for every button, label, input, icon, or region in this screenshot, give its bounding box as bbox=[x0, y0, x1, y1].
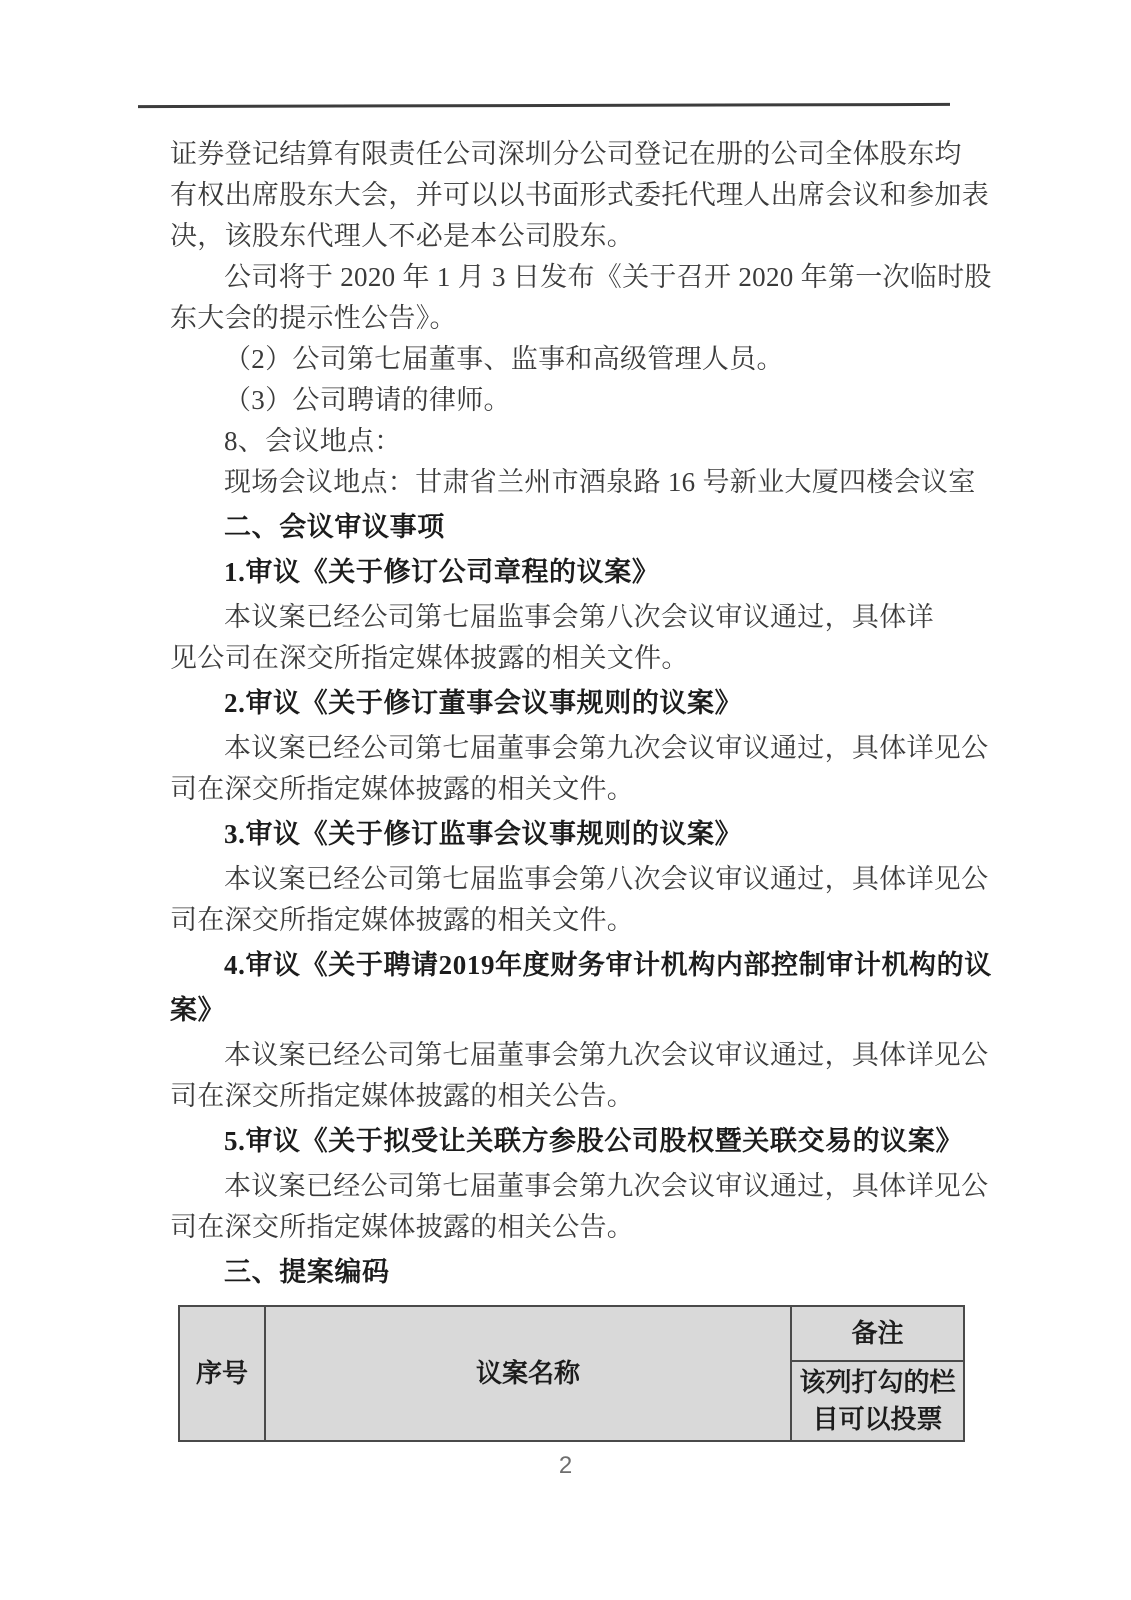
text-line: 见公司在深交所指定媒体披露的相关文件。 bbox=[170, 638, 960, 679]
text-line: 本议案已经公司第七届董事会第九次会议审议通过，具体详见公 bbox=[170, 1035, 960, 1076]
proposal-heading: 5.审议《关于拟受让关联方参股公司股权暨关联交易的议案》 bbox=[170, 1121, 960, 1162]
proposal-code-table: 序号 议案名称 备注 该列打勾的栏目可以投票 bbox=[178, 1305, 965, 1442]
table-header-sequence: 序号 bbox=[179, 1306, 265, 1441]
text-line: 本议案已经公司第七届董事会第九次会议审议通过，具体详见公 bbox=[170, 1166, 960, 1207]
text-line: （2）公司第七届董事、监事和高级管理人员。 bbox=[170, 339, 960, 380]
text-line: 东大会的提示性公告》。 bbox=[170, 298, 960, 339]
document-body: 证券登记结算有限责任公司深圳分公司登记在册的公司全体股东均 有权出席股东大会，并… bbox=[170, 134, 960, 1442]
text-line: 现场会议地点：甘肃省兰州市酒泉路 16 号新业大厦四楼会议室 bbox=[170, 462, 960, 503]
text-line: 司在深交所指定媒体披露的相关文件。 bbox=[170, 900, 960, 941]
text-line: 决，该股东代理人不必是本公司股东。 bbox=[170, 216, 960, 257]
text-line: 司在深交所指定媒体披露的相关公告。 bbox=[170, 1076, 960, 1117]
page-number: 2 bbox=[0, 1452, 1131, 1480]
proposal-heading: 1.审议《关于修订公司章程的议案》 bbox=[170, 552, 960, 593]
document-page: 证券登记结算有限责任公司深圳分公司登记在册的公司全体股东均 有权出席股东大会，并… bbox=[0, 0, 1131, 1600]
proposal-heading: 2.审议《关于修订董事会议事规则的议案》 bbox=[170, 683, 960, 724]
text-line: （3）公司聘请的律师。 bbox=[170, 380, 960, 421]
text-line: 证券登记结算有限责任公司深圳分公司登记在册的公司全体股东均 bbox=[170, 134, 960, 175]
table-header-proposal-name: 议案名称 bbox=[265, 1306, 791, 1441]
section-heading: 二、会议审议事项 bbox=[170, 507, 960, 548]
text-line: 司在深交所指定媒体披露的相关文件。 bbox=[170, 769, 960, 810]
header-rule bbox=[138, 103, 950, 108]
proposal-heading: 3.审议《关于修订监事会议事规则的议案》 bbox=[170, 814, 960, 855]
text-line: 本议案已经公司第七届监事会第八次会议审议通过，具体详 bbox=[170, 597, 960, 638]
table-header-note-sub: 该列打勾的栏目可以投票 bbox=[791, 1361, 964, 1441]
table-header-note: 备注 bbox=[791, 1306, 964, 1361]
text-line: 8、会议地点： bbox=[170, 421, 960, 462]
section-heading: 三、提案编码 bbox=[170, 1252, 960, 1293]
proposal-heading: 4.审议《关于聘请2019年度财务审计机构内部控制审计机构的议 bbox=[170, 945, 960, 986]
text-line: 有权出席股东大会，并可以以书面形式委托代理人出席会议和参加表 bbox=[170, 175, 960, 216]
text-line: 司在深交所指定媒体披露的相关公告。 bbox=[170, 1207, 960, 1248]
text-line: 本议案已经公司第七届监事会第八次会议审议通过，具体详见公 bbox=[170, 859, 960, 900]
proposal-heading-continued: 案》 bbox=[170, 990, 960, 1031]
text-line: 本议案已经公司第七届董事会第九次会议审议通过，具体详见公 bbox=[170, 728, 960, 769]
text-line: 公司将于 2020 年 1 月 3 日发布《关于召开 2020 年第一次临时股 bbox=[170, 257, 960, 298]
